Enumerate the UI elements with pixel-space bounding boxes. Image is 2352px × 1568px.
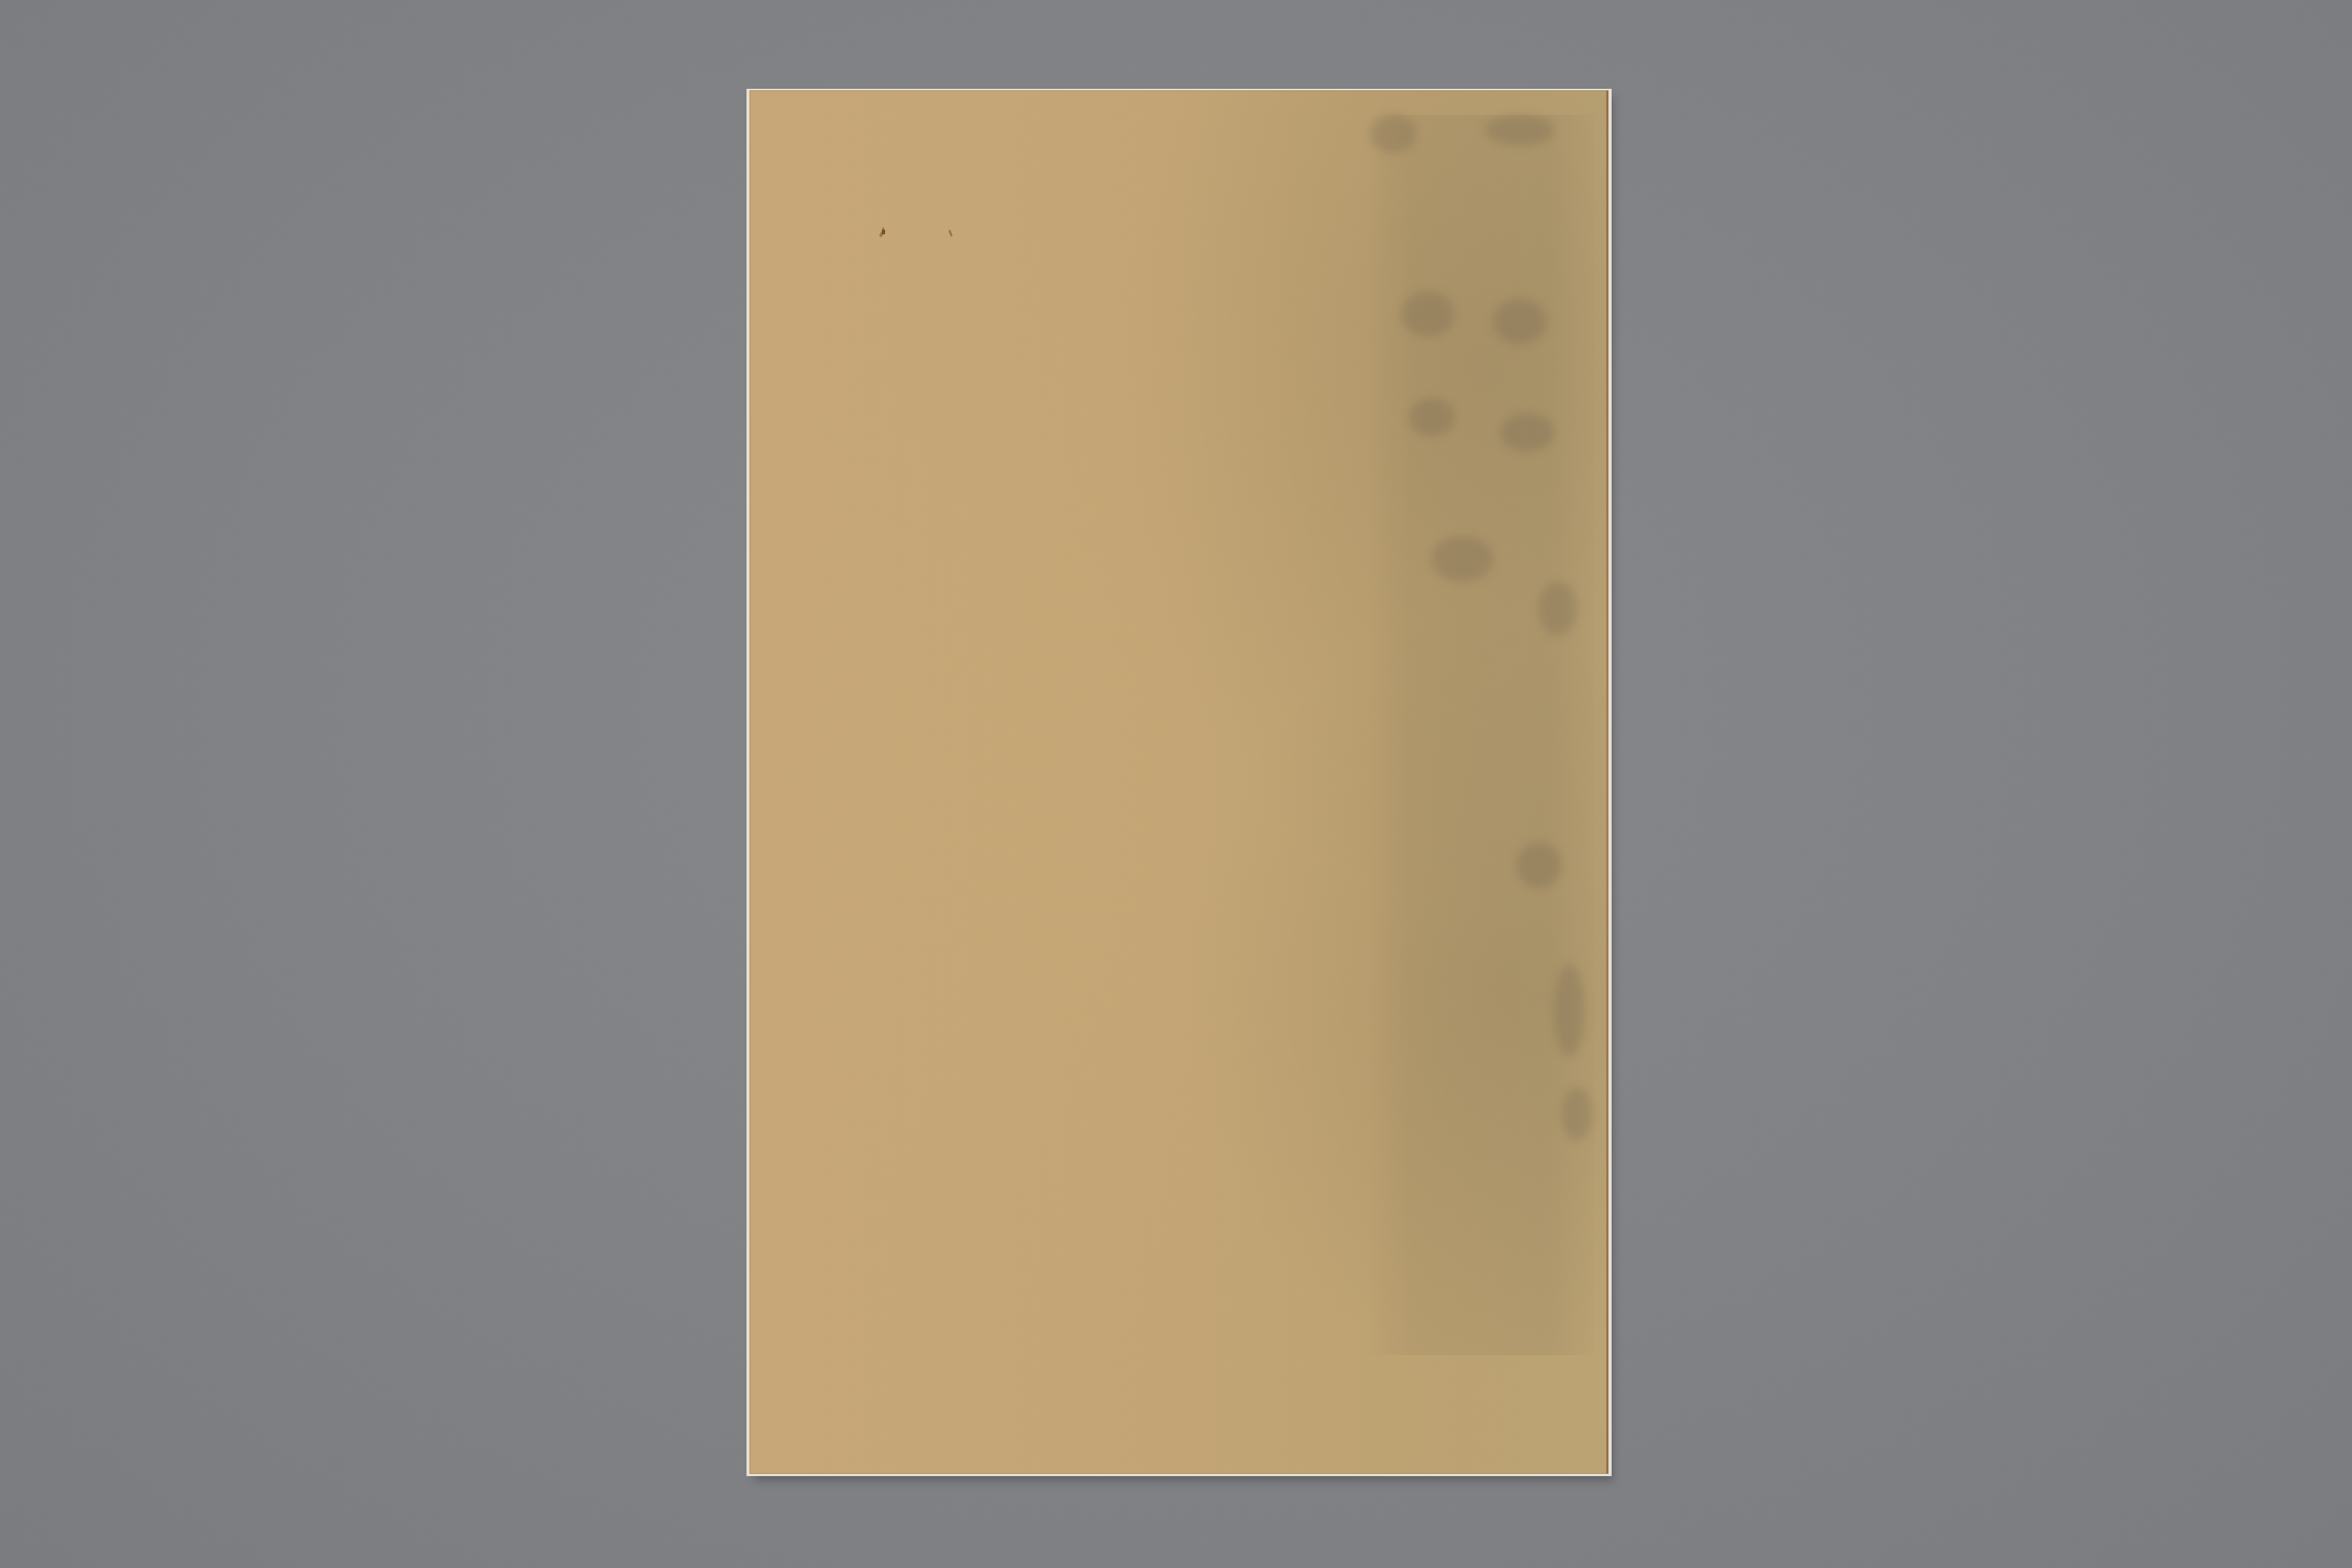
ghost-mark — [1501, 413, 1554, 452]
ghost-mark — [1516, 842, 1562, 888]
ghost-mark — [1554, 965, 1585, 1057]
ghost-mark — [1432, 536, 1493, 582]
ghost-mark — [1409, 398, 1455, 436]
ghost-mark — [1370, 115, 1416, 153]
ghost-mark — [1493, 299, 1547, 345]
cover-fore-edge — [1606, 90, 1609, 1474]
ghost-mark — [1539, 582, 1577, 635]
ghost-mark — [1562, 1087, 1592, 1141]
ghost-title-bleed — [1365, 115, 1595, 1355]
ghost-mark — [1401, 291, 1455, 337]
ghost-mark — [1485, 115, 1554, 145]
paper-fiber — [882, 230, 885, 234]
